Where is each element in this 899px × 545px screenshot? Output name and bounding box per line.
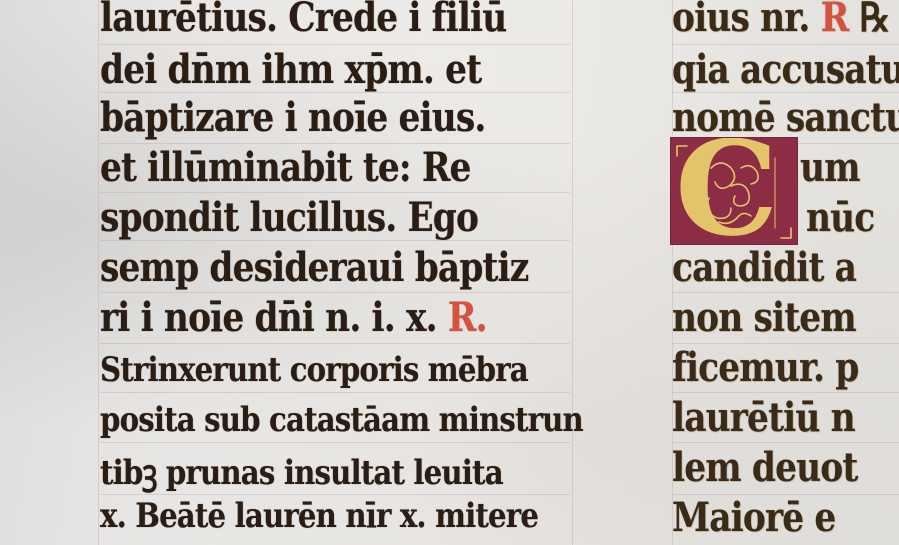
text-line-body: ri i noīe dn̄i n. i. x. xyxy=(100,294,437,341)
text-line: x. Beātē laurēn nīr x. mitere xyxy=(100,496,538,536)
text-line: oius nr. R ℞ xyxy=(672,0,889,41)
text-line: posita sub catastāam minstrun xyxy=(100,400,583,440)
text-line: um xyxy=(800,144,860,191)
ruling-line xyxy=(100,292,570,293)
text-line: nūc xyxy=(806,194,874,241)
ruling-line xyxy=(100,494,570,495)
text-line: Strinxerunt corporis mēbra xyxy=(100,350,528,390)
rubric-marker: R xyxy=(821,0,849,41)
text-line: non sitem xyxy=(672,294,856,341)
text-line: bāptizare i noīe eius. xyxy=(100,94,485,141)
rubric-response-marker: R. xyxy=(448,294,487,341)
ruling-line xyxy=(100,392,570,393)
ruling-line xyxy=(100,44,570,45)
text-line: et illūminabit te: Re xyxy=(100,144,471,191)
margin-rule-left xyxy=(98,0,99,545)
margin-rule-mid xyxy=(572,0,573,545)
text-line: semp desideraui bāptiz xyxy=(100,244,528,291)
ruling-line xyxy=(672,392,899,393)
text-line: laurētiū n xyxy=(672,394,855,441)
ruling-line xyxy=(672,44,899,45)
initial-letter: C xyxy=(675,137,778,245)
text-line: laurētius. Crede i filiū xyxy=(100,0,506,41)
ruling-line xyxy=(100,343,570,344)
text-line: ficemur. p xyxy=(672,344,858,391)
ruling-line xyxy=(100,192,570,193)
text-line: spondit lucillus. Ego xyxy=(100,194,478,241)
text-line: candidit a xyxy=(672,244,856,291)
text-line: tibꝫ prunas insultat leuita xyxy=(100,448,503,494)
text-line: qia accusatu xyxy=(672,46,899,93)
ruling-line xyxy=(672,292,899,293)
text-line: Maiorē e xyxy=(672,494,835,541)
text-line: lem deuot xyxy=(672,444,857,491)
text-line: nomē sanctu xyxy=(672,94,899,141)
ruling-line xyxy=(100,442,570,443)
ruling-line xyxy=(672,442,899,443)
text-line: ri i noīe dn̄i n. i. x. R. xyxy=(100,294,487,341)
illuminated-initial: C xyxy=(670,137,798,245)
text-line: dei dn̄m ihm xp̄m. et xyxy=(100,46,481,93)
